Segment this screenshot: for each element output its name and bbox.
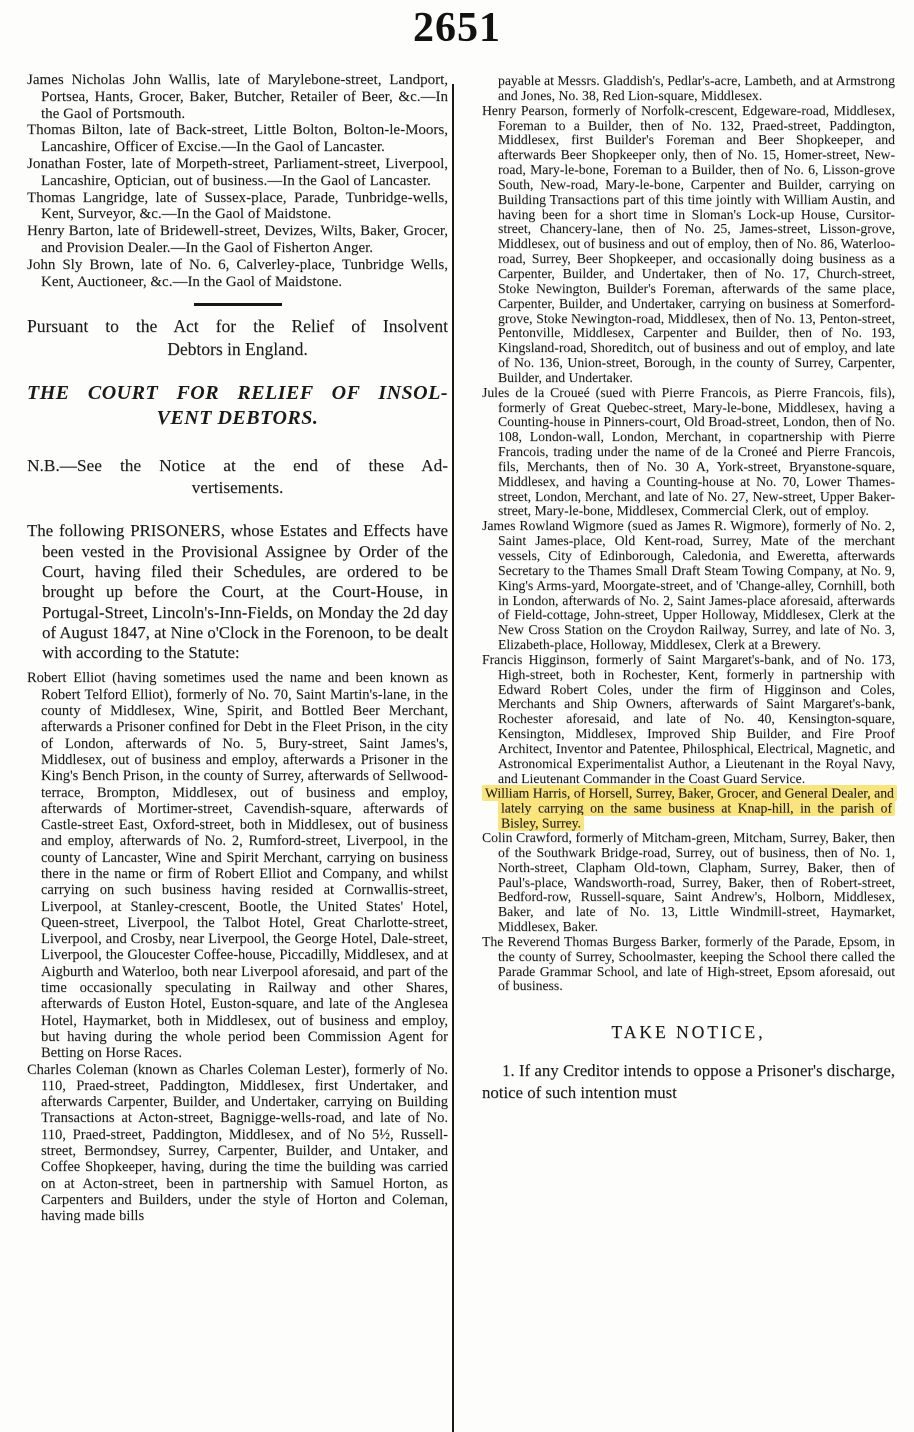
gaol-entry: Henry Barton, late of Bridewell-street, … — [27, 223, 448, 257]
gaol-entry: James Nicholas John Wallis, late of Mary… — [27, 72, 448, 122]
entry-thomas-burgess-barker: The Reverend Thomas Burgess Barker, form… — [482, 935, 895, 994]
prisoner-entry-charles-coleman: Charles Coleman (known as Charles Colema… — [27, 1062, 448, 1225]
column-divider-rule — [452, 84, 454, 1432]
gaol-entry: Thomas Bilton, late of Back-street, Litt… — [27, 122, 448, 156]
prisoners-intro-paragraph: The following PRISONERS, whose Estates a… — [27, 521, 448, 663]
court-heading-line1: THE COURT FOR RELIEF OF INSOL- — [27, 381, 448, 406]
act-heading: Pursuant to the Act for the Relief of In… — [27, 315, 448, 360]
entry-jules-de-la-crouee: Jules de la Croueé (sued with Pierre Fra… — [482, 386, 895, 520]
entry-francis-higginson: Francis Higginson, formerly of Saint Mar… — [482, 653, 895, 787]
left-column: James Nicholas John Wallis, late of Mary… — [27, 72, 448, 1225]
gazette-page: 2651 James Nicholas John Wallis, late of… — [0, 0, 914, 1432]
nb-note: N.B.—See the Notice at the end of these … — [27, 455, 448, 499]
page-number: 2651 — [0, 4, 914, 52]
prisoner-entry-robert-elliot: Robert Elliot (having sometimes used the… — [27, 670, 448, 1061]
nb-note-line1: N.B.—See the Notice at the end of these … — [27, 455, 448, 477]
continuation-paragraph: payable at Messrs. Gladdish's, Pedlar's-… — [482, 74, 895, 104]
gaol-entry: Jonathan Foster, late of Morpeth-street,… — [27, 156, 448, 190]
act-heading-line1: Pursuant to the Act for the Relief of In… — [27, 315, 448, 338]
nb-note-line2: vertisements. — [27, 477, 448, 499]
court-heading: THE COURT FOR RELIEF OF INSOL- VENT DEBT… — [27, 381, 448, 431]
gaol-entry: Thomas Langridge, late of Sussex-place, … — [27, 190, 448, 224]
section-divider-rule — [194, 303, 282, 306]
right-column: payable at Messrs. Gladdish's, Pedlar's-… — [482, 74, 895, 1103]
take-notice-heading: TAKE NOTICE, — [482, 1022, 895, 1043]
entry-james-rowland-wigmore: James Rowland Wigmore (sued as James R. … — [482, 519, 895, 653]
act-heading-line2: Debtors in England. — [27, 338, 448, 361]
court-heading-line2: VENT DEBTORS. — [27, 406, 448, 431]
gaol-entry: John Sly Brown, late of No. 6, Calverley… — [27, 257, 448, 291]
entry-william-harris-highlighted: William Harris, of Horsell, Surrey, Bake… — [482, 787, 895, 832]
entry-henry-pearson: Henry Pearson, formerly of Norfolk-cresc… — [482, 104, 895, 386]
highlight-marker: William Harris, of Horsell, Surrey, Bake… — [482, 785, 897, 831]
entry-colin-crawford: Colin Crawford, formerly of Mitcham-gree… — [482, 831, 895, 935]
notice-paragraph: 1. If any Creditor intends to oppose a P… — [482, 1060, 895, 1103]
